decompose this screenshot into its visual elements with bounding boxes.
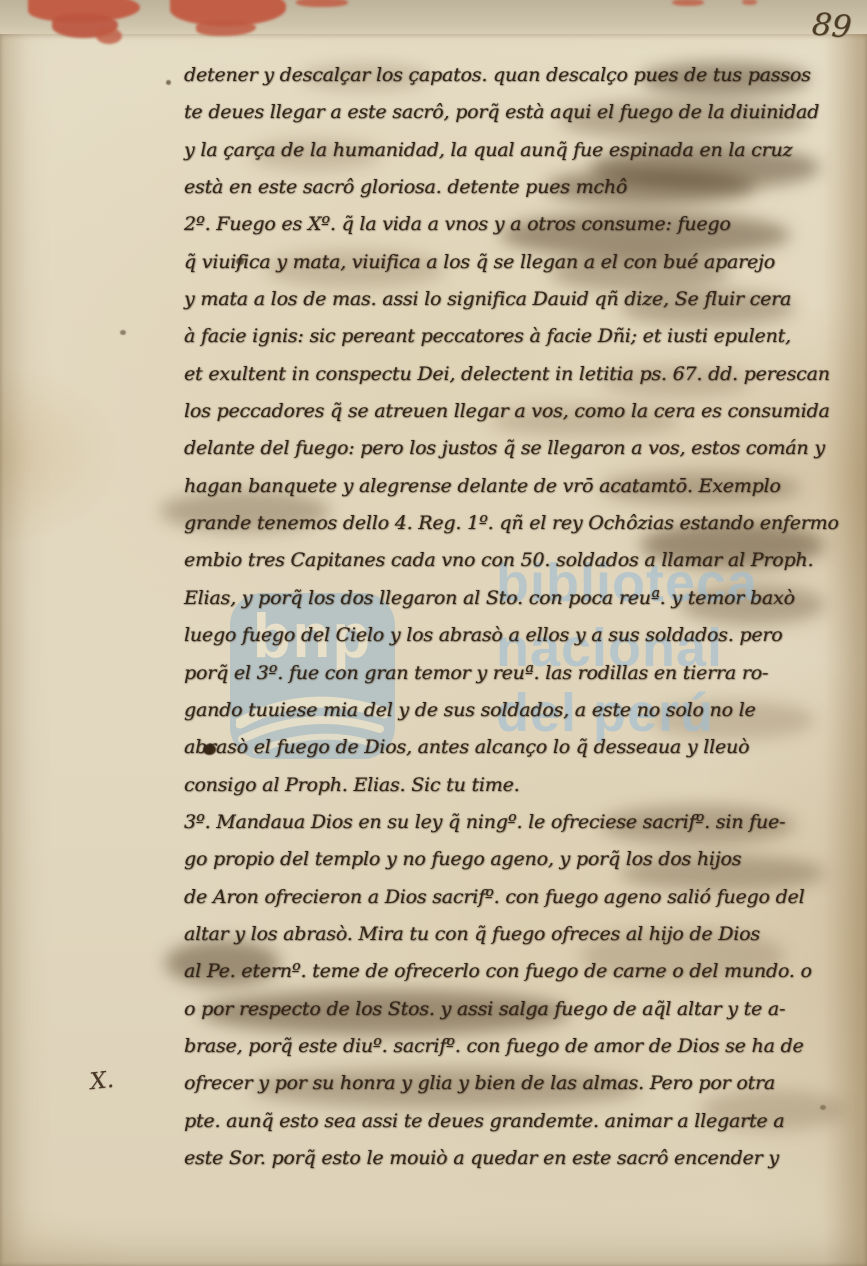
manuscript-line: et exultent in conspectu Dei, delectent …: [184, 356, 844, 393]
manuscript-text: detener y descalçar los çapatos. quan de…: [184, 57, 844, 1177]
manuscript-line: abrasò el fuego de Dios, antes alcanço l…: [184, 729, 844, 766]
manuscript-line: y la çarça de la humanidad, la qual aunq…: [184, 132, 844, 169]
manuscript-line: embio tres Capitanes cada vno con 50. so…: [184, 542, 844, 579]
manuscript-page: bnp biblioteca nacional del perú 89 X. d…: [0, 0, 867, 1266]
manuscript-line: go propio del templo y no fuego ageno, y…: [184, 841, 844, 878]
manuscript-line: 3º. Mandaua Dios en su ley q̃ ningº. le …: [184, 804, 844, 841]
manuscript-line: ofrecer y por su honra y glia y bien de …: [184, 1065, 844, 1102]
manuscript-line: grande tenemos dello 4. Reg. 1º. qñ el r…: [184, 505, 844, 542]
manuscript-line: està en este sacrô gloriosa. detente pue…: [184, 169, 844, 206]
manuscript-line: luego fuego del Cielo y los abrasò a ell…: [184, 617, 844, 654]
manuscript-line: porq̃ el 3º. fue con gran temor y reuª. …: [184, 655, 844, 692]
manuscript-line: de Aron ofrecieron a Dios sacrifº. con f…: [184, 879, 844, 916]
red-paint-mark: [742, 0, 757, 5]
manuscript-line: brase, porq̃ este diuº. sacrifº. con fue…: [184, 1028, 844, 1065]
manuscript-line: este Sor. porq̃ esto le mouiò a quedar e…: [184, 1140, 844, 1177]
manuscript-line: al Pe. eternº. teme de ofrecerlo con fue…: [184, 953, 844, 990]
manuscript-line: detener y descalçar los çapatos. quan de…: [184, 57, 844, 94]
manuscript-line: q̃ viuifica y mata, viuifica a los q̃ se…: [184, 244, 844, 281]
manuscript-line: pte. aunq̃ esto sea assi te deues grande…: [184, 1103, 844, 1140]
manuscript-line: gando tuuiese mia del y de sus soldados,…: [184, 692, 844, 729]
manuscript-line: los peccadores q̃ se atreuen llegar a vo…: [184, 393, 844, 430]
margin-annotation: X.: [89, 1067, 115, 1095]
red-paint-mark: [296, 0, 348, 7]
manuscript-line: delante del fuego: pero los justos q̃ se…: [184, 430, 844, 467]
manuscript-line: à facie ignis: sic pereant peccatores à …: [184, 318, 844, 355]
manuscript-line: o por respecto de los Stos. y assi salga…: [184, 991, 844, 1028]
ink-spot: [120, 330, 126, 335]
folio-number: 89: [811, 6, 853, 45]
red-paint-mark: [672, 0, 704, 6]
manuscript-line: altar y los abrasò. Mira tu con q̃ fuego…: [184, 916, 844, 953]
manuscript-line: consigo al Proph. Elias. Sic tu time.: [184, 767, 844, 804]
manuscript-line: y mata a los de mas. assi lo significa D…: [184, 281, 844, 318]
manuscript-line: te deues llegar a este sacrô, porq̃ està…: [184, 94, 844, 131]
manuscript-line: Elias, y porq̃ los dos llegaron al Sto. …: [184, 580, 844, 617]
ink-spot: [166, 80, 171, 85]
manuscript-line: hagan banquete y alegrense delante de vr…: [184, 468, 844, 505]
red-paint-mark: [96, 28, 122, 44]
manuscript-line: 2º. Fuego es Xº. q̃ la vida a vnos y a o…: [184, 206, 844, 243]
